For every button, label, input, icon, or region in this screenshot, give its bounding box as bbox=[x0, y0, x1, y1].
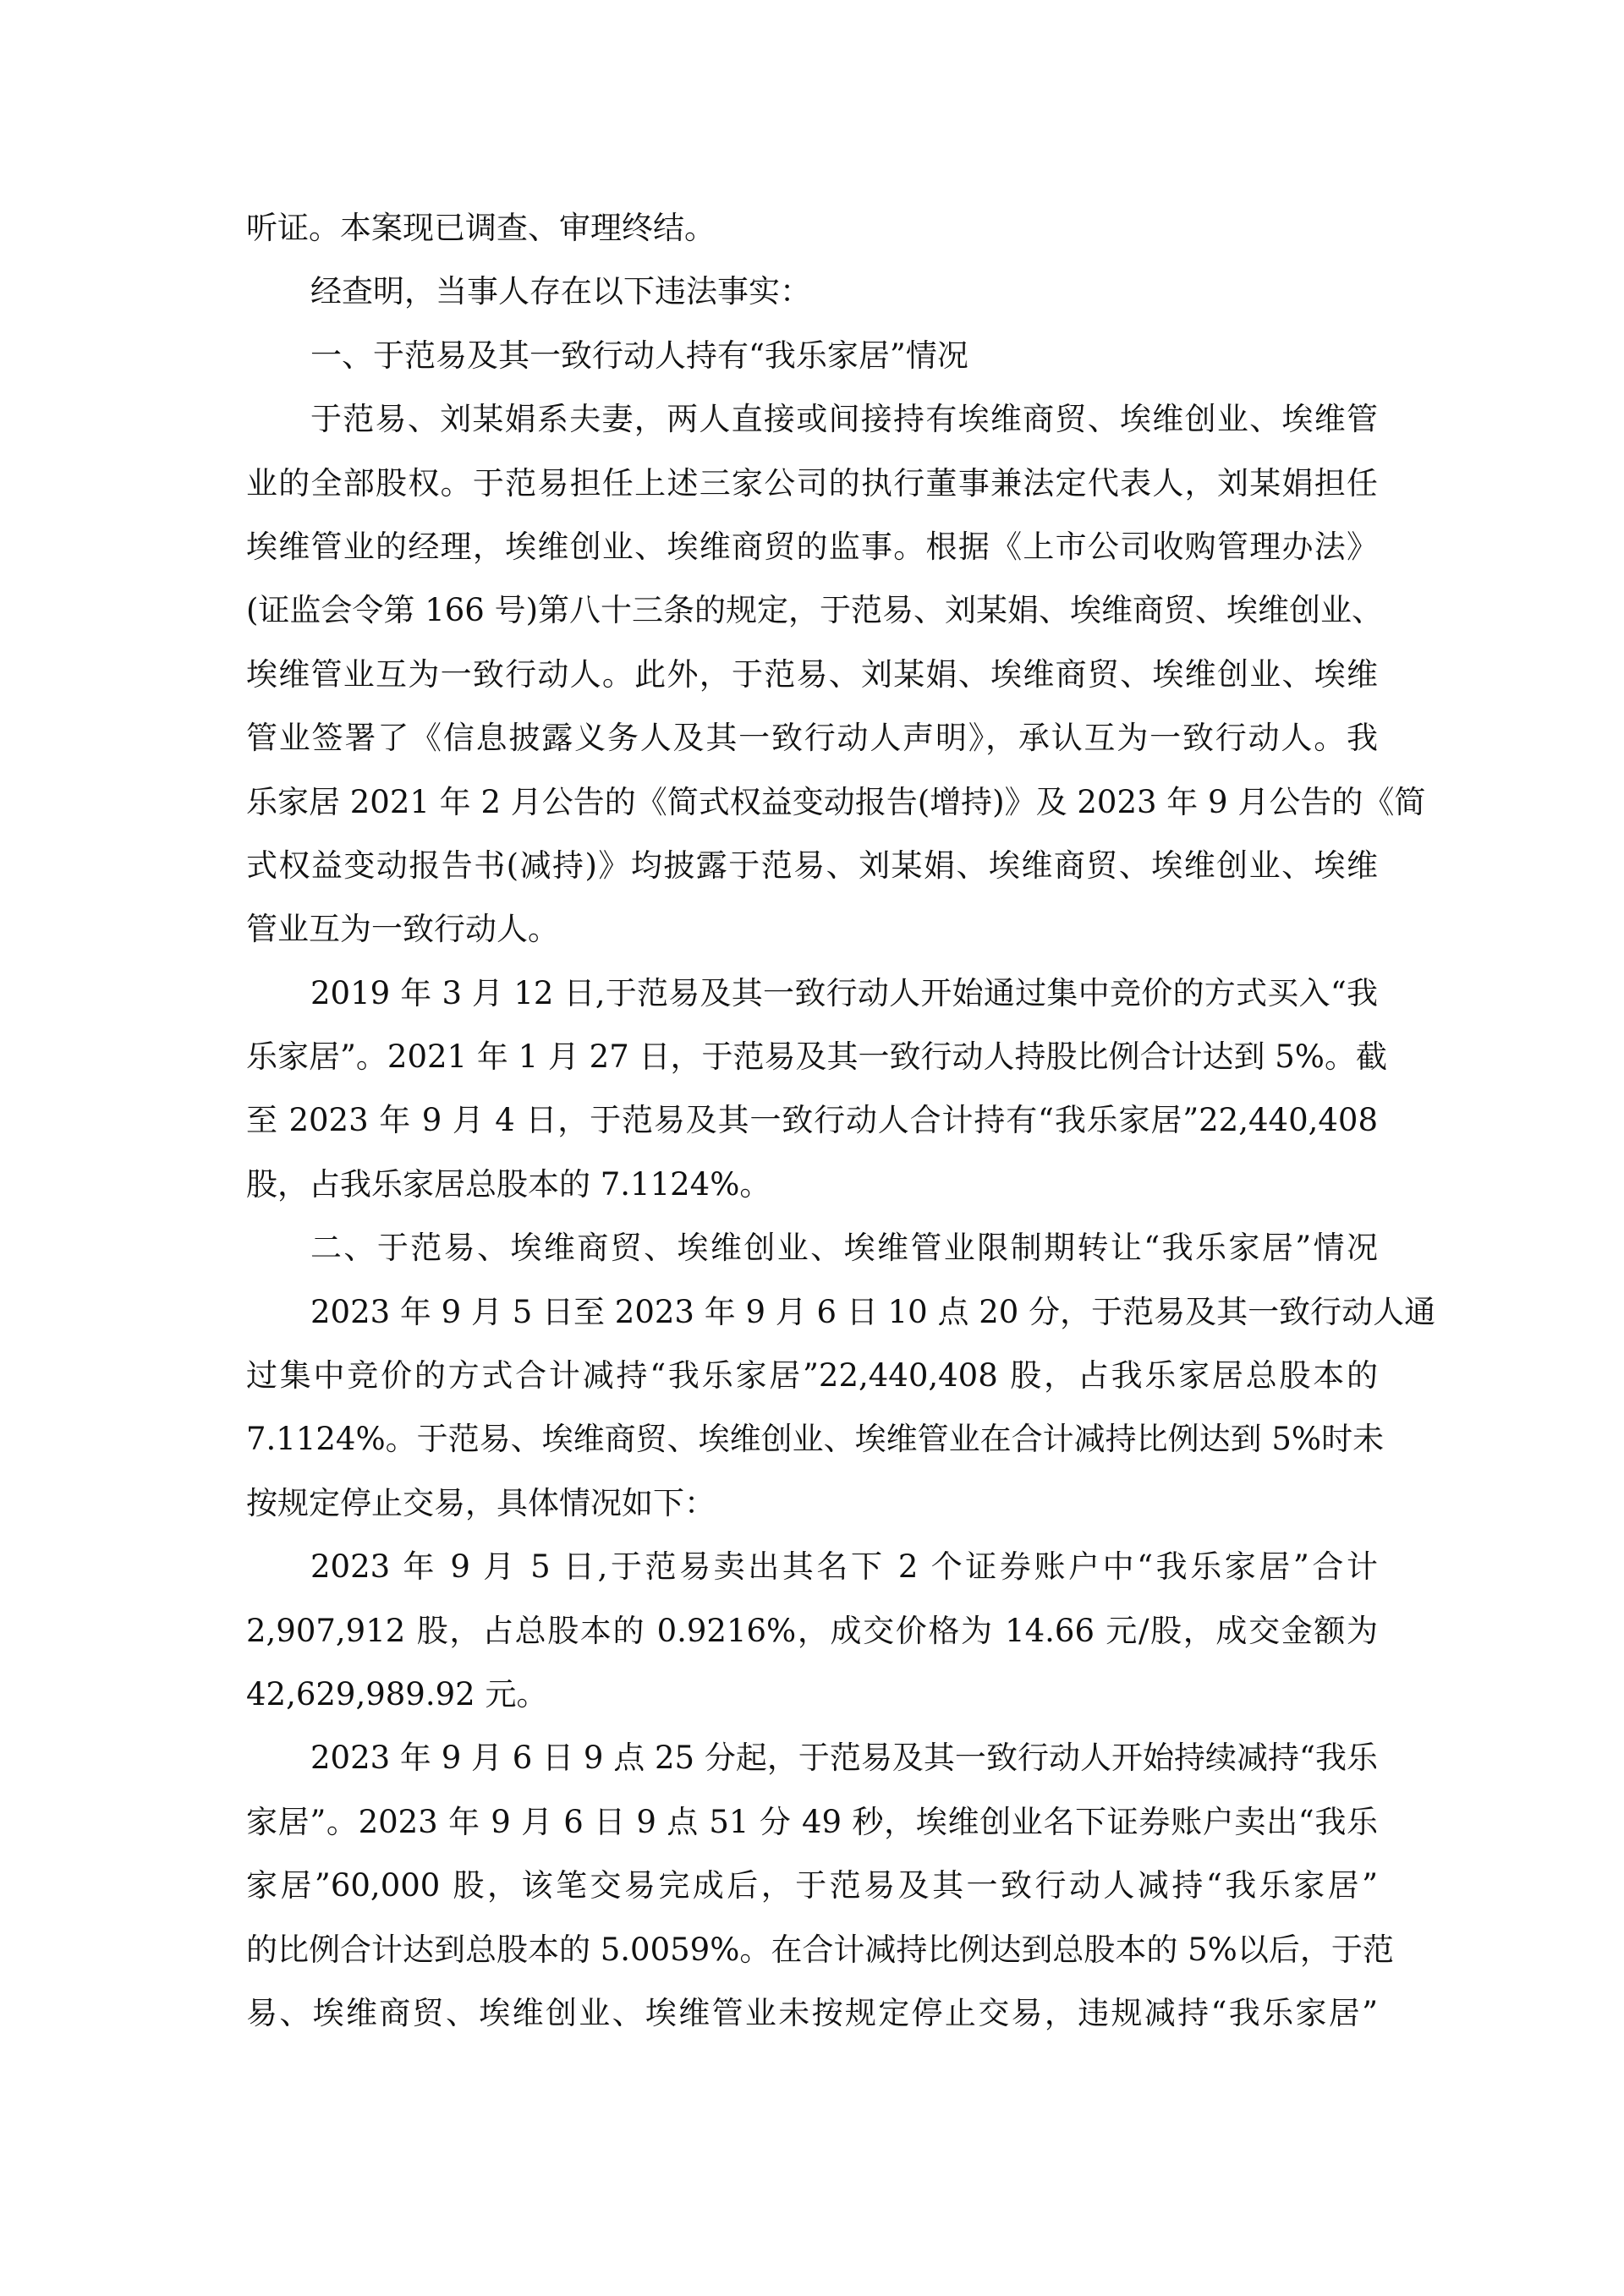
text-line: 管业互为一致行动人。 bbox=[246, 907, 1378, 971]
text-line: 管业签署了《信息披露义务人及其一致行动人声明》，承认互为一致行动人。我 bbox=[246, 716, 1378, 780]
text-line: 乐家居 2021 年 2 月公告的《简式权益变动报告(增持)》及 2023 年 … bbox=[246, 781, 1378, 844]
paragraph-sept6-sale: 2023 年 9 月 6 日 9 点 25 分起，于范易及其一致行动人开始持续减… bbox=[246, 1736, 1378, 2055]
text-line: 业的全部股权。于范易担任上述三家公司的执行董事兼法定代表人，刘某娟担任 bbox=[246, 462, 1378, 525]
text-line: 的比例合计达到总股本的 5.0059%。在合计减持比例达到总股本的 5%以后，于… bbox=[246, 1928, 1378, 1992]
paragraph-holding-history: 2019 年 3 月 12 日,于范易及其一致行动人开始通过集中竞价的方式买入“… bbox=[246, 972, 1378, 1227]
paragraph-findings-intro: 经查明，当事人存在以下违法事实： bbox=[246, 270, 1378, 333]
section-heading-restricted-transfer: 二、于范易、埃维商贸、埃维创业、埃维管业限制期转让“我乐家居”情况 bbox=[246, 1226, 1378, 1290]
text-line: 于范易、刘某娟系夫妻，两人直接或间接持有埃维商贸、埃维创业、埃维管 bbox=[246, 397, 1378, 461]
document-page: 听证。本案现已调查、审理终结。经查明，当事人存在以下违法事实：一、于范易及其一致… bbox=[0, 0, 1624, 2296]
text-line: 42,629,989.92 元。 bbox=[246, 1673, 1378, 1736]
text-line: 家居”。2023 年 9 月 6 日 9 点 51 分 49 秒，埃维创业名下证… bbox=[246, 1800, 1378, 1864]
text-line: 乐家居”。2021 年 1 月 27 日，于范易及其一致行动人持股比例合计达到 … bbox=[246, 1035, 1378, 1099]
text-line: 经查明，当事人存在以下违法事实： bbox=[246, 270, 1378, 333]
text-line: 7.1124%。于范易、埃维商贸、埃维创业、埃维管业在合计减持比例达到 5%时未 bbox=[246, 1417, 1378, 1481]
text-line: 按规定停止交易，具体情况如下： bbox=[246, 1482, 1378, 1545]
text-line: 2023 年 9 月 6 日 9 点 25 分起，于范易及其一致行动人开始持续减… bbox=[246, 1736, 1378, 1800]
section-heading-holdings: 一、于范易及其一致行动人持有“我乐家居”情况 bbox=[246, 334, 1378, 397]
text-line: 一、于范易及其一致行动人持有“我乐家居”情况 bbox=[246, 334, 1378, 397]
document-body: 听证。本案现已调查、审理终结。经查明，当事人存在以下违法事实：一、于范易及其一致… bbox=[246, 206, 1378, 2055]
text-line: 2023 年 9 月 5 日,于范易卖出其名下 2 个证券账户中“我乐家居”合计 bbox=[246, 1545, 1378, 1608]
text-line: 听证。本案现已调查、审理终结。 bbox=[246, 206, 1378, 270]
text-line: 2023 年 9 月 5 日至 2023 年 9 月 6 日 10 点 20 分… bbox=[246, 1290, 1378, 1354]
text-line: 至 2023 年 9 月 4 日，于范易及其一致行动人合计持有“我乐家居”22,… bbox=[246, 1099, 1378, 1162]
paragraph-hearing-conclusion: 听证。本案现已调查、审理终结。 bbox=[246, 206, 1378, 270]
text-line: 2019 年 3 月 12 日,于范易及其一致行动人开始通过集中竞价的方式买入“… bbox=[246, 972, 1378, 1035]
text-line: 过集中竞价的方式合计减持“我乐家居”22,440,408 股，占我乐家居总股本的 bbox=[246, 1354, 1378, 1417]
text-line: 二、于范易、埃维商贸、埃维创业、埃维管业限制期转让“我乐家居”情况 bbox=[246, 1226, 1378, 1290]
text-line: 2,907,912 股，占总股本的 0.9216%，成交价格为 14.66 元/… bbox=[246, 1609, 1378, 1673]
text-line: 式权益变动报告书(减持)》均披露于范易、刘某娟、埃维商贸、埃维创业、埃维 bbox=[246, 844, 1378, 907]
text-line: 埃维管业的经理，埃维创业、埃维商贸的监事。根据《上市公司收购管理办法》 bbox=[246, 525, 1378, 589]
text-line: 股，占我乐家居总股本的 7.1124%。 bbox=[246, 1163, 1378, 1226]
text-line: 埃维管业互为一致行动人。此外，于范易、刘某娟、埃维商贸、埃维创业、埃维 bbox=[246, 653, 1378, 716]
paragraph-concerted-parties: 于范易、刘某娟系夫妻，两人直接或间接持有埃维商贸、埃维创业、埃维管业的全部股权。… bbox=[246, 397, 1378, 972]
text-line: 易、埃维商贸、埃维创业、埃维管业未按规定停止交易，违规减持“我乐家居” bbox=[246, 1992, 1378, 2055]
text-line: (证监会令第 166 号)第八十三条的规定，于范易、刘某娟、埃维商贸、埃维创业、 bbox=[246, 589, 1378, 652]
paragraph-sept5-sale: 2023 年 9 月 5 日,于范易卖出其名下 2 个证券账户中“我乐家居”合计… bbox=[246, 1545, 1378, 1736]
paragraph-reduction-summary: 2023 年 9 月 5 日至 2023 年 9 月 6 日 10 点 20 分… bbox=[246, 1290, 1378, 1546]
text-line: 家居”60,000 股，该笔交易完成后，于范易及其一致行动人减持“我乐家居” bbox=[246, 1864, 1378, 1927]
